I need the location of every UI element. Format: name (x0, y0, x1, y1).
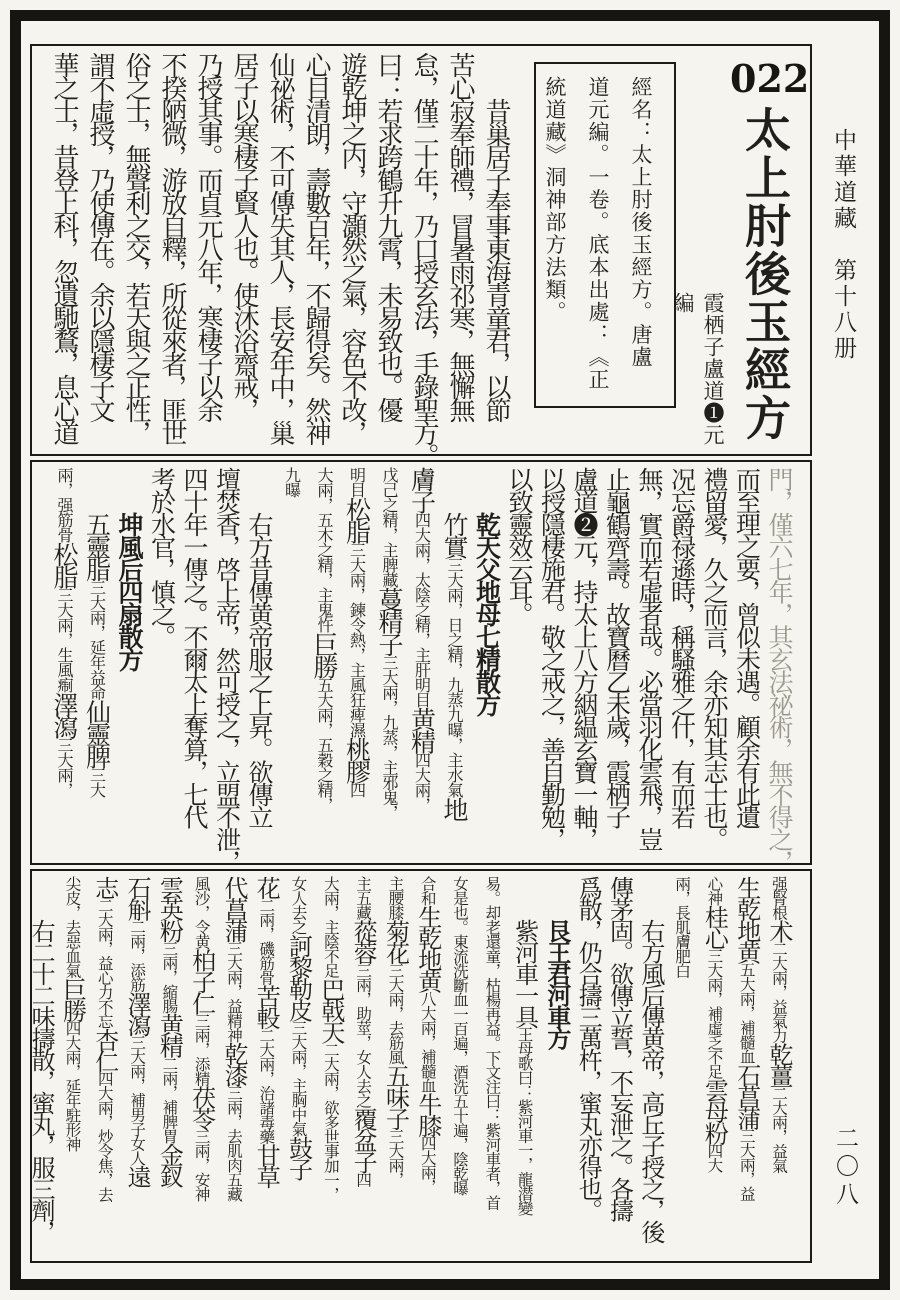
body-text-bottom: 强腎根术二大兩，益氣力乾薑二大兩，益氣生乾地黄五大兩，補髓血石菖蒲三大兩，益心神… (40, 876, 794, 1258)
text-column: 戊己之精，主脾藏蔓精子三大兩，九蒸，主邪鬼， (372, 467, 405, 860)
annotation-text: 三兩，縮腸 (160, 941, 177, 1014)
text-column: 昔巢居子奉事東海青童君，以節 (478, 52, 514, 452)
annotation-text: 王母歌曰：紫河車一，龍潜變 (516, 1027, 533, 1216)
annotation-text: 二大兩，欲多世事加一， (322, 1042, 339, 1202)
text-column: 兩，長肌膚肥白 (665, 876, 697, 1258)
text-column: 女是也。東流洗斷血一百遍，酒洗五十遍，陰乾曝 (443, 876, 475, 1258)
body-text: 牛膝 (414, 1093, 440, 1136)
text-column: 爲散，仍合擣三萬杵，蜜丸亦得也。 (571, 876, 602, 1258)
annotation-text: 四大 (705, 1143, 722, 1172)
body-text: 乾薑 (765, 1043, 791, 1086)
text-column: 傳茅固。欲傳立誓，不妄泄之。各擣 (602, 876, 633, 1258)
page-number: 二〇八 (829, 1126, 862, 1236)
text-column: 禮留愛，久之而言，余亦知其志士也。 (697, 467, 730, 860)
body-text: 門，僅六七年，其玄法祕術，無不得之， (765, 467, 792, 865)
body-text: 石斛 (123, 876, 149, 919)
body-text: 杏仁 (91, 1028, 117, 1071)
annotation-text: 兩，長肌膚肥白 (673, 876, 690, 978)
body-text: 桂心 (700, 905, 726, 948)
body-text: 蔓精子 (375, 587, 402, 655)
annotation-text: 三大兩，延年益命 (88, 580, 105, 700)
text-column: 乃授其事。而貞元八年，寒棲子以余 (190, 52, 226, 452)
annotation-text: 二大兩，益氣力 (770, 941, 787, 1043)
text-column: 膚子四大兩，太陰之精，主肝明目黄精四大兩， (404, 467, 437, 860)
annotation-text: 三兩，安神 (193, 1129, 210, 1202)
annotation-text: 尖皮，去惡血氣 (63, 876, 80, 978)
body-text: 而至理之要，曾似未遇。顧余有此遺 (733, 467, 760, 827)
annotation-text: 二兩，補脾胃 (160, 1056, 177, 1143)
scripture-info-text: 經名：太上肘後玉經方。唐盧 道元編。一卷。底本出處：《正 統道藏》洞神部方法類。 (548, 76, 662, 394)
text-column: 明目松脂三大兩，鍊令熱，主風狂痺濕桃膠四 (339, 467, 372, 860)
series-volume-label: 中華道藏 第十八册 (827, 128, 860, 408)
body-text: 雲母粉 (700, 1079, 726, 1144)
annotation-text: 二大兩，益氣 (770, 1086, 787, 1173)
body-text: 心目清朗，壽數百年，不歸得矣。然神 (302, 52, 331, 443)
text-column: 强腎根术二大兩，益氣力乾薑二大兩，益氣 (762, 876, 794, 1258)
body-text: 鼓子 (285, 1136, 311, 1179)
body-text: 止龜鶴齊壽。故寶曆乙未歲，霞栖子 (603, 467, 630, 827)
annotation-text: 二兩，添筋 (128, 919, 145, 992)
text-column: 門，僅六七年，其玄法祕術，無不得之， (762, 467, 795, 860)
body-text: 生乾地黄 (733, 876, 759, 962)
text-column: 乾天父地母七精散方 (469, 467, 502, 860)
body-text: 遠 (123, 1165, 149, 1187)
body-text: 地 (440, 797, 467, 820)
annotation-text: 戊己之精，主脾藏 (380, 467, 397, 587)
content-block: 022 太上肘後玉經方 霞栖子盧道❶元編 經名：太上肘後玉經方。唐盧 道元編。一… (30, 44, 812, 1263)
section-heading: 艮王君河車方 (543, 876, 569, 1048)
body-text: 巨勝 (310, 632, 337, 677)
body-text: 盧道❷元，持太上八方絪緼玄寶一軸， (570, 467, 597, 850)
annotation-text: 四大兩， (413, 752, 430, 812)
body-text: 仙靈脾 (83, 700, 110, 768)
text-column: 右方昔傳黄帝服之上昇。欲傳立 (242, 467, 275, 860)
text-column: 代菖蒲三大兩，益精神乾漆三兩，去肌肉五藏 (217, 876, 249, 1258)
annotation-text: 三大兩， (55, 737, 72, 797)
body-text: 傳茅固。欲傳立誓，不妄泄之。各擣 (606, 876, 632, 1220)
text-column: 心目清朗，壽數百年，不歸得矣。然神 (298, 52, 334, 452)
scanned-book-page: { "margin": { "series": "中華道藏 第十八册", "pa… (0, 0, 900, 1300)
text-column: 紫河車一具王母歌曰：紫河車一，龍潜變 (507, 876, 539, 1258)
annotation-text: 三大兩，生風痸 (55, 587, 72, 692)
text-column: 女人去之訶黎勒皮三大兩，主胸中氣鼓子 (281, 876, 313, 1258)
body-text: 代菖蒲 (220, 876, 246, 941)
body-text: 乃授其事。而貞元八年，寒棲子以余 (194, 52, 223, 420)
text-column: 以授隱棲施君。敬之戒之，善自勤勉， (534, 467, 567, 860)
body-text: 無，實而若虛者哉。必當羽化雲飛，豈 (635, 467, 662, 850)
body-text: 巴戟天 (317, 978, 343, 1043)
body-text: 花 (252, 876, 278, 898)
body-text: 术 (765, 920, 791, 942)
annotation-text: 易。却老還童，枯楊再益。下文注曰：紫河車者，首 (483, 876, 500, 1210)
annotation-text: 三大兩，日之精，九蒸九曝，主水氣 (445, 557, 462, 797)
body-text: 壇焚香，啓上帝，然可授之，立盟不泄， (213, 467, 240, 865)
body-text: 澤瀉 (50, 692, 77, 737)
text-column: 居子以寒棲子賢人也。使沐浴齋戒， (226, 52, 262, 452)
text-column: 况忘爵禄遜時，稱騷雅之什，有而若 (664, 467, 697, 860)
text-column: 壇焚香，啓上帝，然可授之，立盟不泄， (209, 467, 242, 860)
register-bottom: 强腎根术二大兩，益氣力乾薑二大兩，益氣生乾地黄五大兩，補髓血石菖蒲三大兩，益心神… (30, 869, 812, 1263)
body-text: 况忘爵禄遜時，稱騷雅之什，有而若 (668, 467, 695, 827)
body-text: 右方風后傳黄帝，高丘子授之，後 (637, 876, 663, 1242)
text-column: 五靈脂三大兩，延年益命仙靈脾三大 (79, 467, 112, 860)
text-column: 合和生乾地黄八大兩，補髓血牛膝四大兩， (410, 876, 442, 1258)
annotation-text: 四 (348, 782, 365, 797)
annotation-text: 合和 (419, 876, 436, 905)
text-column: 右二十二味擣散，蜜丸，服三劑， (30, 876, 55, 1258)
body-text: 松脂 (343, 497, 370, 542)
register-top: 022 太上肘後玉經方 霞栖子盧道❶元編 經名：太上肘後玉經方。唐盧 道元編。一… (30, 44, 812, 456)
body-text: 以授隱棲施君。敬之戒之，善自勤勉， (538, 467, 565, 850)
annotation-text: 主五藏 (354, 876, 371, 920)
annotation-text: 風沙，令黄 (193, 876, 210, 949)
text-column: 無，實而若虛者哉。必當羽化雲飛，豈 (632, 467, 665, 860)
annotation-text: 三大兩，鍊令熱，主風狂痺濕 (348, 542, 365, 737)
body-text: 石菖蒲 (733, 1064, 759, 1129)
body-text: 四十年一傳之。不爾太上奪算，七代 (180, 467, 207, 827)
body-text: 居子以寒棲子賢人也。使沐浴齋戒， (230, 52, 259, 420)
annotation-text: 九曝 (283, 467, 300, 497)
section-heading: 乾天父地母七精散方 (473, 467, 500, 715)
body-text: 覆盆子 (349, 1108, 375, 1173)
text-column: 石斛二兩，添筋澤瀉三大兩，補男子女人遠 (120, 876, 152, 1258)
text-column: 止龜鶴齊壽。故寶曆乙未歲，霞栖子 (599, 467, 632, 860)
body-text: 以致靈效云耳。 (505, 467, 532, 625)
body-text: 右二十二味擣散，蜜丸，服三劑， (30, 876, 53, 1242)
body-text: 五靈脂 (83, 467, 110, 580)
annotation-text: 大兩，五木之精，主鬼忤 (315, 467, 332, 632)
text-column: 仙祕術，不可傳失其人，長安年中，巢 (262, 52, 298, 452)
body-text: 澤瀉 (123, 992, 149, 1035)
text-column: 俗之士，無聲利之交，若天與之正性， (118, 52, 154, 452)
annotation-text: 四大兩，延年駐形神 (63, 1021, 80, 1152)
text-column: 大兩，主陰不足巴戟天二大兩，欲多世事加一， (314, 876, 346, 1258)
body-text: 訶黎勒皮 (285, 934, 311, 1020)
text-column: 謂不虛授，乃使傳在。余以隱棲子文 (82, 52, 118, 452)
annotation-text: 二大兩，益心力不忘 (96, 898, 113, 1029)
text-column: 心神桂心三大兩，補虛乏不足雲母粉四大 (697, 876, 729, 1258)
body-text: 蓯蓉 (349, 920, 375, 963)
info-line: 道元編。一卷。底本出處：《正 (576, 76, 619, 394)
annotation-text: 三大兩，益精神 (225, 941, 242, 1043)
body-text: 禮留愛，久之而言，余亦知其志士也。 (700, 467, 727, 850)
annotation-text: 心神 (705, 876, 722, 905)
info-line: 經名：太上肘後玉經方。唐盧 (619, 76, 662, 394)
text-column: 右方風后傳黄帝，高丘子授之，後 (634, 876, 665, 1258)
text-column: 怠，僅二十年，乃口授玄法，手錄聖方。 (406, 52, 442, 452)
text-column: 坤風后四扇散方 (112, 467, 145, 860)
body-text: 雲英粉 (155, 876, 181, 941)
text-column: 易。却老還童，枯楊再益。下文注曰：紫河車者，首 (475, 876, 507, 1258)
body-text: 遊乾坤之内，守灝然之氣，容色不改， (338, 52, 367, 443)
annotation-text: 三兩，助莖，女人去之 (354, 963, 371, 1108)
text-column: 竹實三大兩，日之精，九蒸九曝，主水氣地 (437, 467, 470, 860)
body-text: 甘草 (252, 1144, 278, 1187)
body-text: 金釵 (155, 1143, 181, 1186)
annotation-text: 三兩，添精 (193, 1013, 210, 1086)
body-text: 曰：若求跨鶴升九霄，未易致也。優 (374, 52, 403, 420)
body-text: 黄精 (408, 707, 435, 752)
text-column: 曰：若求跨鶴升九霄，未易致也。優 (370, 52, 406, 452)
annotation-text: 三大兩，補男子女人 (128, 1035, 145, 1166)
annotation-text: 强腎根 (770, 876, 787, 920)
body-text: 生乾地黄 (414, 905, 440, 991)
text-column: 尖皮，去惡血氣巨勝四大兩，延年駐形神 (55, 876, 87, 1258)
annotation-text: 主腰膝 (386, 876, 403, 920)
annotation-text: 三大兩，九蒸，主邪鬼， (380, 655, 397, 820)
body-text-top: 昔巢居子奉事東海青童君，以節苦心寂奉師禮，冒暑雨祁寒，無懈無怠，僅二十年，乃口授… (40, 52, 514, 452)
editor-byline: 霞栖子盧道❶元編 (668, 292, 728, 452)
annotation-text: 二兩，磯筋骨 (257, 898, 274, 985)
annotation-text: 五大兩，補髓血 (738, 962, 755, 1064)
body-text: 怠，僅二十年，乃口授玄法，手錄聖方。 (410, 52, 439, 456)
body-text: 爲散，仍合擣三萬杵，蜜丸亦得也。 (574, 876, 600, 1220)
body-text: 苦心寂奉師禮，冒暑雨祁寒，無懈無 (446, 52, 475, 420)
annotation-text: 三大兩，主胸中氣 (290, 1020, 307, 1136)
body-text: 柏子仁 (188, 949, 214, 1014)
body-text: 苦軗 (252, 985, 278, 1028)
text-column: 遊乾坤之内，守灝然之氣，容色不改， (334, 52, 370, 452)
annotation-text: 女人去之 (290, 876, 307, 934)
text-column: 兩，强筋骨松脂三大兩，生風痸澤瀉三大兩， (47, 467, 80, 860)
scripture-title: 太上肘後玉經方 (730, 106, 798, 452)
body-text: 不揆陋微，游放自釋，所從來者，匪世 (158, 52, 187, 443)
text-column: 雲英粉三兩，縮腸黄精二兩，補脾胃金釵 (152, 876, 184, 1258)
annotation-text: 三大兩，去筋風 (386, 963, 403, 1065)
text-column: 艮王君河車方 (540, 876, 571, 1258)
section-heading: 坤風后四扇散方 (115, 467, 142, 670)
text-column: 苦心寂奉師禮，冒暑雨祁寒，無懈無 (442, 52, 478, 452)
body-text: 乾漆 (220, 1042, 246, 1085)
text-column: 而至理之要，曾似未遇。顧余有此遺 (729, 467, 762, 860)
body-text: 華之士，昔登上科，忽遺馳鶩，息心道 (50, 52, 79, 443)
body-text: 謂不虛授，乃使傳在。余以隱棲子文 (86, 52, 115, 420)
annotation-text: 三大兩，益 (738, 1128, 755, 1201)
text-column: 花二兩，磯筋骨苦軗二大兩，治諸毒藥甘草 (249, 876, 281, 1258)
body-text: 俗之士，無聲利之交，若天與之正性， (122, 52, 151, 443)
text-column: 華之士，昔登上科，忽遺馳鶩，息心道 (46, 52, 82, 452)
body-text: 竹實 (440, 467, 467, 557)
text-column: 盧道❷元，持太上八方絪緼玄寶一軸， (567, 467, 600, 860)
body-text: 膚子 (408, 467, 435, 512)
annotation-text: 四大兩，太陰之精，主肝明目 (413, 512, 430, 707)
body-text: 考於水官，慎之。 (148, 467, 175, 647)
annotation-text: 兩，强筋骨 (55, 467, 72, 542)
text-column: 九曝 (274, 467, 307, 860)
annotation-text: 五大兩，五穀之精， (315, 677, 332, 812)
annotation-text: 大兩，主陰不足 (322, 876, 339, 978)
body-text: 昔巢居子奉事東海青童君，以節 (482, 52, 511, 420)
register-middle: 門，僅六七年，其玄法祕術，無不得之，而至理之要，曾似未遇。顧余有此遺禮留愛，久之… (30, 460, 812, 865)
body-text: 志 (91, 876, 117, 898)
annotation-text: 八大兩，補髓血 (419, 991, 436, 1093)
body-text-middle: 門，僅六七年，其玄法祕術，無不得之，而至理之要，曾似未遇。顧余有此遺禮留愛，久之… (40, 467, 794, 860)
body-text: 菊花 (381, 920, 407, 963)
text-column: 生乾地黄五大兩，補髓血石菖蒲三大兩，益 (729, 876, 761, 1258)
text-column: 以致靈效云耳。 (502, 467, 535, 860)
body-text: 仙祕術，不可傳失其人，長安年中，巢 (266, 52, 295, 443)
annotation-text: 明目 (348, 467, 365, 497)
text-column: 不揆陋微，游放自釋，所從來者，匪世 (154, 52, 190, 452)
text-column: 主五藏蓯蓉三兩，助莖，女人去之覆盆子四 (346, 876, 378, 1258)
annotation-text: 三大兩，補虛乏不足 (705, 948, 722, 1079)
text-column: 風沙，令黄柏子仁三兩，添精茯苓三兩，安神 (184, 876, 216, 1258)
text-column: 四十年一傳之。不爾太上奪算，七代 (177, 467, 210, 860)
text-column: 主腰膝菊花三大兩，去筋風五味子三大兩， (378, 876, 410, 1258)
annotation-text: 三大 (88, 767, 105, 797)
info-line: 統道藏》洞神部方法類。 (533, 76, 576, 394)
body-text: 黄精 (155, 1013, 181, 1056)
annotation-text: 三大兩， (386, 1129, 403, 1187)
annotation-text: 三兩，去肌肉五藏 (225, 1085, 242, 1201)
body-text: 松脂 (50, 542, 77, 587)
body-text: 紫河車一具 (511, 876, 537, 1027)
text-column: 考於水官，慎之。 (144, 467, 177, 860)
annotation-text: 四大兩，炒令焦，去 (96, 1071, 113, 1202)
body-text: 五味子 (381, 1064, 407, 1129)
text-column: 志二大兩，益心力不忘杏仁四大兩，炒令焦，去 (87, 876, 119, 1258)
body-text: 巨勝 (58, 978, 84, 1021)
body-text: 右方昔傳黄帝服之上昇。欲傳立 (245, 467, 272, 827)
item-number: 022 (730, 56, 798, 101)
annotation-text: 女是也。東流洗斷血一百遍，酒洗五十遍，陰乾曝 (451, 876, 468, 1195)
annotation-text: 四大兩， (419, 1136, 436, 1194)
annotation-text: 二大兩，治諸毒藥 (257, 1028, 274, 1144)
text-column: 大兩，五木之精，主鬼忤巨勝五大兩，五穀之精， (307, 467, 340, 860)
body-text: 桃膠 (343, 737, 370, 782)
scripture-info-box: 經名：太上肘後玉經方。唐盧 道元編。一卷。底本出處：《正 統道藏》洞神部方法類。 (534, 62, 676, 408)
annotation-text: 四 (354, 1172, 371, 1187)
body-text: 茯苓 (188, 1086, 214, 1129)
